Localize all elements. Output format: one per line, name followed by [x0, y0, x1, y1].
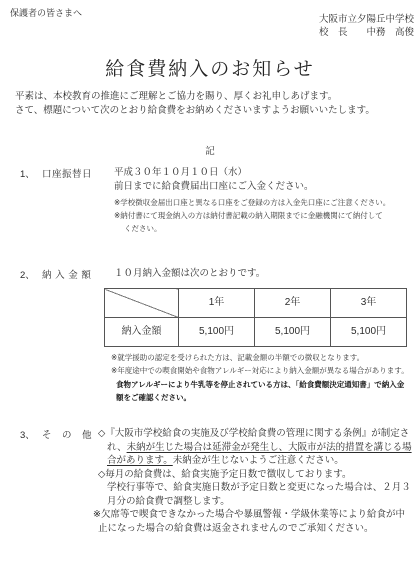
section1-note-1: ※学校徴収金届出口座と異なる口座をご登録の方は入金先口座にご注意ください。 — [114, 196, 416, 209]
grade1-amount: 5,100円 — [179, 318, 255, 347]
section2-note-1: ※就学援助の認定を受けられた方は、記載金額の半額での徴収となります。 — [111, 351, 416, 364]
greeting-paragraph: 平素は、本校教育の推進にご理解とご協力を賜り、厚くお礼申しあげます。 さて、標題… — [15, 90, 413, 118]
transfer-date: 平成３０年１０月１０日（水） — [114, 166, 416, 180]
addressee: 保護者の皆さまへ — [10, 6, 82, 19]
bullet-ordinance: ◇『大阪市学校給食の実施及び学校給食費の管理に関する条例』が制定され、未納が生じ… — [98, 427, 412, 468]
amount-intro: １０月納入金額は次のとおりです。 — [114, 267, 416, 281]
section3-label: そ の 他 — [42, 427, 98, 441]
section-other: 3、 そ の 他 ◇『大阪市学校給食の実施及び学校給食費の管理に関する条例』が制… — [20, 427, 412, 535]
section3-content: ◇『大阪市学校給食の実施及び学校給食費の管理に関する条例』が制定され、未納が生じ… — [98, 427, 412, 535]
section1-notes: ※学校徴収金届出口座と異なる口座をご登録の方は入金先口座にご注意ください。 ※納… — [114, 196, 416, 235]
principal-name: 校 長 中務 高俊 — [319, 26, 414, 39]
page-title: 給食費納入のお知らせ — [0, 54, 420, 81]
section1-number: 1、 — [20, 166, 42, 180]
section1-note-2: ※納付書にて現金納入の方は納付書記載の納入期限までに金融機関にて納付して — [114, 209, 416, 222]
fee-table-amount-row: 納入金額 5,100円 5,100円 5,100円 — [105, 318, 407, 347]
bullet-monthly-fee: ◇毎月の給食費は、給食実施予定日数で徴収しております。 — [98, 468, 412, 482]
grade2-amount: 5,100円 — [255, 318, 331, 347]
section2-number: 2、 — [20, 267, 42, 281]
notice-document: 保護者の皆さまへ 大阪市立夕陽丘中学校 校 長 中務 高俊 給食費納入のお知らせ… — [0, 0, 420, 580]
bullet-monthly-fee-continued: 学校行事等で、給食実施日数が予定日数と変更になった場合は、２月３月分の給食費で調… — [98, 481, 412, 508]
grade2-header: 2年 — [255, 289, 331, 318]
grade1-header: 1年 — [179, 289, 255, 318]
allergy-bold-note: 食物アレルギーにより牛乳等を停止されている方は、「給食費額決定通知書」で納入金額… — [116, 378, 408, 404]
section3-number: 3、 — [20, 427, 42, 441]
section1-label: 口座振替日 — [42, 166, 114, 180]
grade3-header: 3年 — [331, 289, 407, 318]
bullet1-suffix: 未納金が生じないようご注意ください。 — [173, 455, 344, 466]
fee-table: 1年 2年 3年 納入金額 5,100円 5,100円 5,100円 — [104, 288, 407, 347]
section2-note-2: ※年度途中での喫食開始や食物アレルギー対応により納入金額が異なる場合があります。 — [111, 364, 416, 377]
section2-label: 納 入 金 額 — [42, 267, 114, 281]
section2-notes: ※就学援助の認定を受けられた方は、記載金額の半額での徴収となります。 ※年度途中… — [111, 351, 416, 404]
no-refund-note: ※欠席等で喫食できなかった場合や暴風警報・学級休業等により給食が中止になった場合… — [93, 508, 412, 535]
ki-marker: 記 — [0, 143, 420, 157]
fee-table-header-row: 1年 2年 3年 — [105, 289, 407, 318]
section2-content: １０月納入金額は次のとおりです。 1年 2年 3年 納入金額 5,100円 5,… — [114, 267, 416, 404]
diagonal-cell — [105, 289, 179, 318]
greeting-line-1: 平素は、本校教育の推進にご理解とご協力を賜り、厚くお礼申しあげます。 — [15, 90, 413, 104]
transfer-instruction: 前日までに給食費届出口座にご入金ください。 — [114, 180, 416, 194]
grade3-amount: 5,100円 — [331, 318, 407, 347]
greeting-line-2: さて、標題について次のとおり給食費をお納めくださいますようお願いいたします。 — [15, 104, 413, 118]
section-payment-amount: 2、 納 入 金 額 １０月納入金額は次のとおりです。 1年 2年 3年 納入金… — [20, 267, 416, 404]
amount-row-label: 納入金額 — [105, 318, 179, 347]
section1-content: 平成３０年１０月１０日（水） 前日までに給食費届出口座にご入金ください。 ※学校… — [114, 166, 416, 235]
section-account-transfer: 1、 口座振替日 平成３０年１０月１０日（水） 前日までに給食費届出口座にご入金… — [20, 166, 416, 235]
sender-block: 大阪市立夕陽丘中学校 校 長 中務 高俊 — [319, 13, 414, 39]
school-name: 大阪市立夕陽丘中学校 — [319, 13, 414, 26]
section1-note-2-continued: ください。 — [114, 222, 416, 235]
